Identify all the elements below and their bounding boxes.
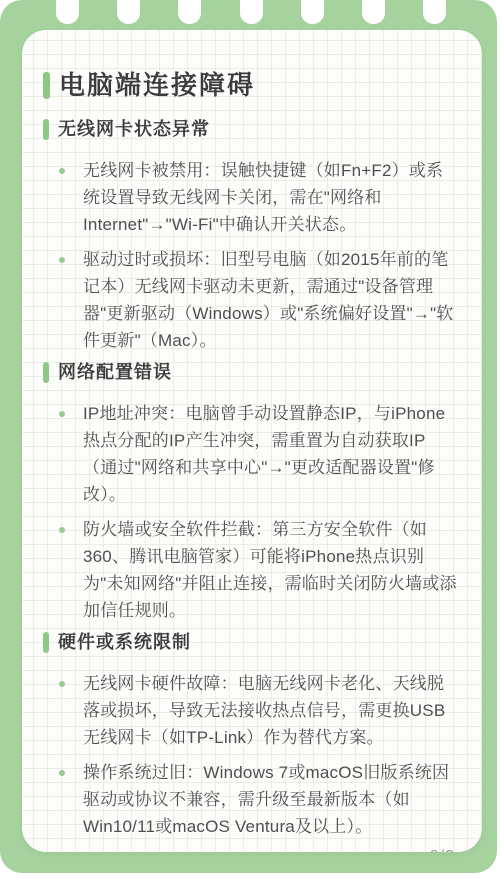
list-item: 无线网卡硬件故障：电脑无线网卡老化、天线脱落或损坏，导致无法接收热点信号，需更换… [43,670,458,751]
heading-accent-bar [43,632,49,653]
page-title-row: 电脑端连接障碍 [43,72,458,99]
heading-accent-bar [43,119,49,140]
binder-slot [178,0,201,24]
binder-slot [423,0,446,24]
bullet-icon [59,527,65,533]
binder-slot [240,0,263,24]
section-network-config: 网络配置错误 IP地址冲突：电脑曾手动设置静态IP，与iPhone热点分配的IP… [43,362,458,624]
page-title: 电脑端连接障碍 [59,72,255,99]
bullet-icon [59,681,65,687]
page-indicator: 2/3 [43,848,458,852]
section-wireless-card-status: 无线网卡状态异常 无线网卡被禁用：误触快捷键（如Fn+F2）或系统设置导致无线网… [43,119,458,354]
bullet-icon [59,411,65,417]
list-item: 驱动过时或损坏：旧型号电脑（如2015年前的笔记本）无线网卡驱动未更新，需通过"… [43,246,458,354]
binder-slot [117,0,140,24]
bullet-text: 无线网卡被禁用：误触快捷键（如Fn+F2）或系统设置导致无线网卡关闭，需在"网络… [83,157,458,238]
bullet-icon [59,257,65,263]
binder-slot [301,0,324,24]
list-item: 防火墙或安全软件拦截：第三方安全软件（如360、腾讯电脑管家）可能将iPhone… [43,516,458,624]
section-heading: 无线网卡状态异常 [58,120,210,140]
heading-accent-bar [43,362,49,383]
bullet-icon [59,770,65,776]
section-heading: 网络配置错误 [58,363,172,383]
section-heading-row: 硬件或系统限制 [43,632,458,653]
list-item: IP地址冲突：电脑曾手动设置静态IP，与iPhone热点分配的IP产生冲突，需重… [43,400,458,508]
bullet-text: IP地址冲突：电脑曾手动设置静态IP，与iPhone热点分配的IP产生冲突，需重… [83,400,458,508]
bullet-icon [59,168,65,174]
bullet-text: 驱动过时或损坏：旧型号电脑（如2015年前的笔记本）无线网卡驱动未更新，需通过"… [83,246,458,354]
title-accent-bar [43,72,50,99]
list-item: 无线网卡被禁用：误触快捷键（如Fn+F2）或系统设置导致无线网卡关闭，需在"网络… [43,157,458,238]
bullet-text: 操作系统过旧：Windows 7或macOS旧版系统因驱动或协议不兼容，需升级至… [83,759,458,840]
list-item: 操作系统过旧：Windows 7或macOS旧版系统因驱动或协议不兼容，需升级至… [43,759,458,840]
section-heading: 硬件或系统限制 [58,633,191,653]
section-heading-row: 网络配置错误 [43,362,458,383]
section-hardware-system-limit: 硬件或系统限制 无线网卡硬件故障：电脑无线网卡老化、天线脱落或损坏，导致无法接收… [43,632,458,840]
note-card: 电脑端连接障碍 无线网卡状态异常 无线网卡被禁用：误触快捷键（如Fn+F2）或系… [22,30,482,852]
binder-slot [56,0,79,24]
bullet-text: 无线网卡硬件故障：电脑无线网卡老化、天线脱落或损坏，导致无法接收热点信号，需更换… [83,670,458,751]
binder-slot [362,0,385,24]
bullet-text: 防火墙或安全软件拦截：第三方安全软件（如360、腾讯电脑管家）可能将iPhone… [83,516,458,624]
section-heading-row: 无线网卡状态异常 [43,119,458,140]
